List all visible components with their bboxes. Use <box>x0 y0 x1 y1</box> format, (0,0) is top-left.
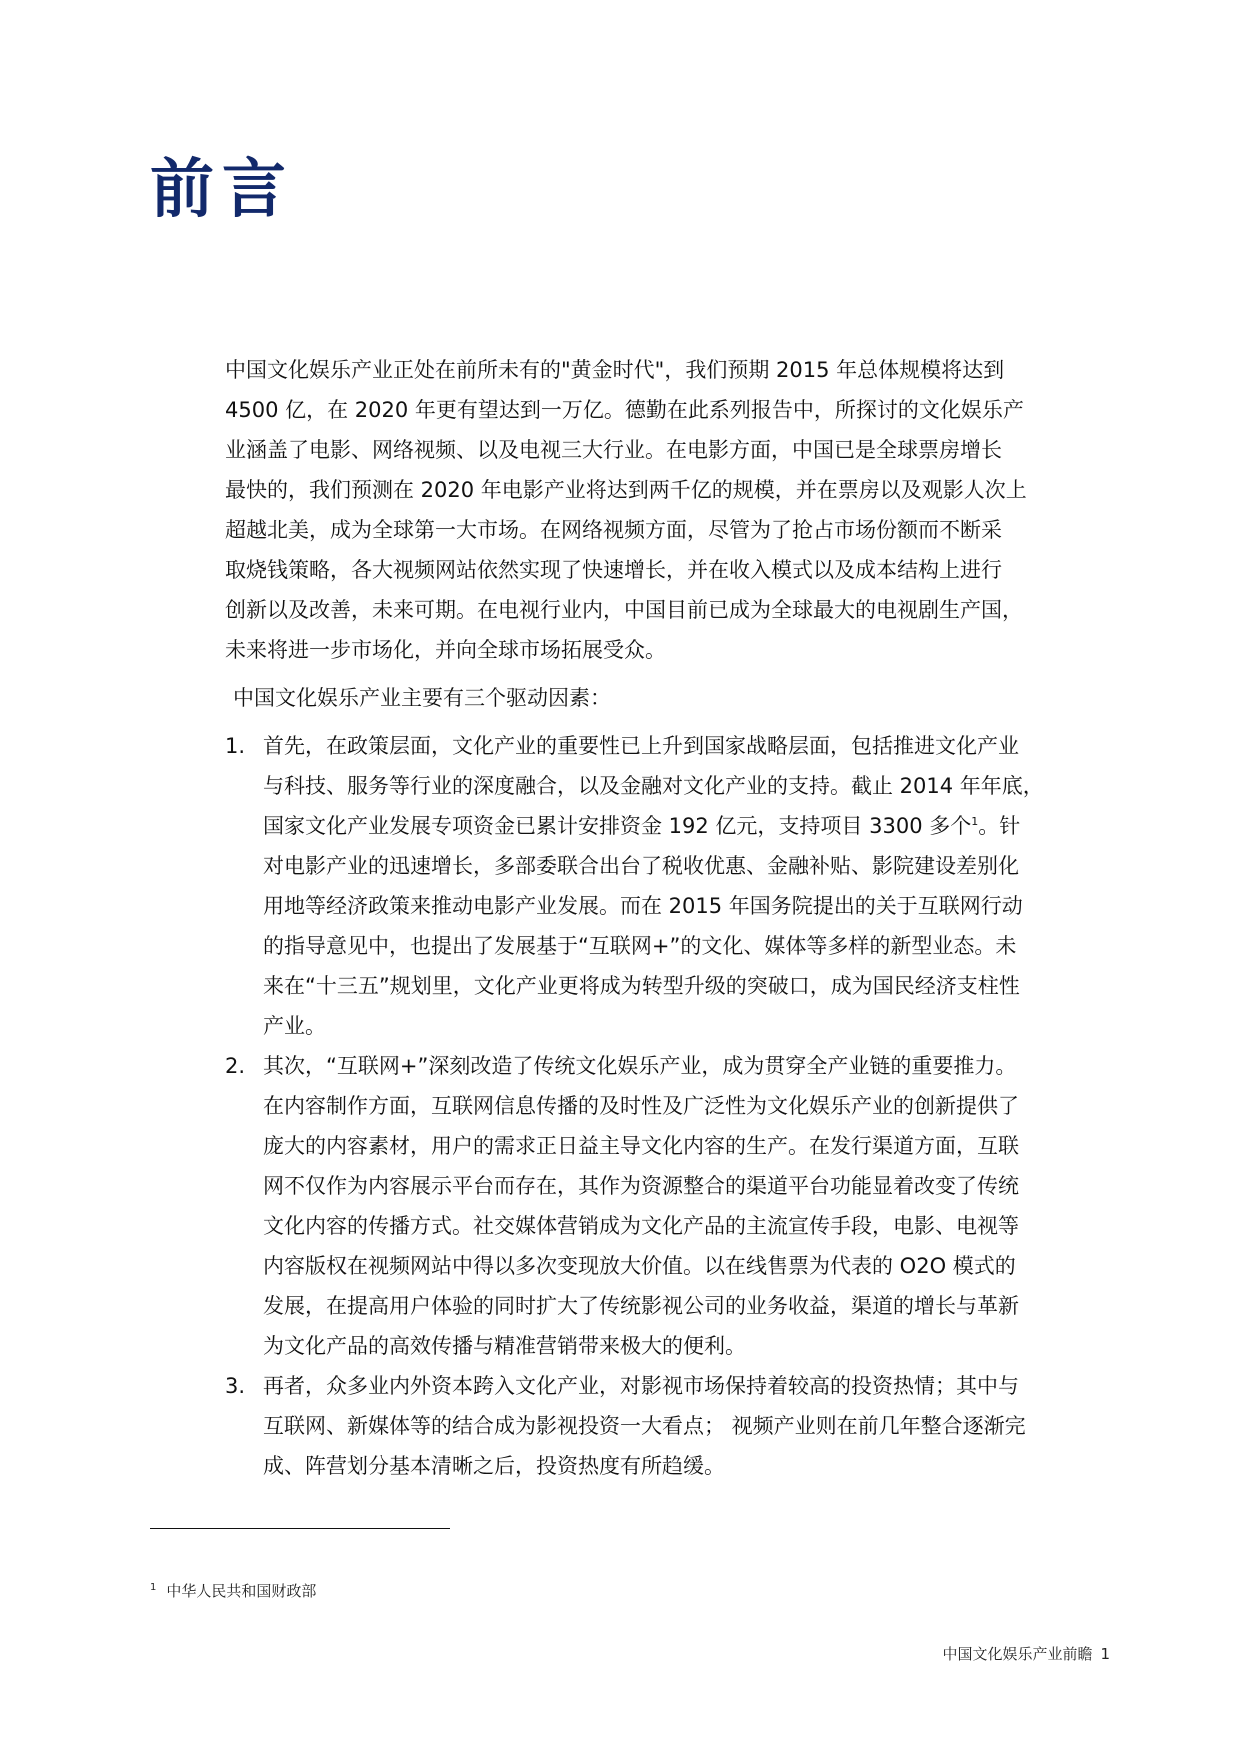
text-line: 未来将进一步市场化，并向全球市场拓展受众。 <box>225 630 1100 670</box>
text-line: 来在“十三五”规划里，文化产业更将成为转型升级的突破口，成为国民经济支柱性 <box>263 966 1100 1006</box>
text-line: 取烧钱策略，各大视频网站依然实现了快速增长，并在收入模式以及成本结构上进行 <box>225 550 1100 590</box>
text-line: 创新以及改善，未来可期。在电视行业内，中国目前已成为全球最大的电视剧生产国， <box>225 590 1100 630</box>
text-line: 为文化产品的高效传播与精准营销带来极大的便利。 <box>263 1326 1100 1366</box>
list-item-policy: 1. 首先，在政策层面，文化产业的重要性已上升到国家战略层面，包括推进文化产业 … <box>225 726 1100 1046</box>
list-item-capital: 3. 再者，众多业内外资本跨入文化产业，对影视市场保持着较高的投资热情；其中与 … <box>225 1366 1100 1486</box>
page-title: 前言 <box>150 158 294 222</box>
footnote-mark: 1 <box>150 1582 156 1593</box>
text-line: 成、阵营划分基本清晰之后，投资热度有所趋缓。 <box>263 1446 1100 1486</box>
text-span: 。针 <box>978 814 1020 838</box>
text-span: 国家文化产业发展专项资金已累计安排资金 192 亿元，支持项目 3300 多个 <box>263 814 971 838</box>
text-line: 最快的，我们预测在 2020 年电影产业将达到两千亿的规模，并在票房以及观影人次… <box>225 470 1100 510</box>
intro-paragraph: 中国文化娱乐产业正处在前所未有的"黄金时代"，我们预期 2015 年总体规模将达… <box>225 350 1100 670</box>
text-line: 文化内容的传播方式。社交媒体营销成为文化产品的主流宣传手段，电影、电视等 <box>263 1206 1100 1246</box>
text-line: 发展，在提高用户体验的同时扩大了传统影视公司的业务收益，渠道的增长与革新 <box>263 1286 1100 1326</box>
list-number: 1. <box>225 726 245 766</box>
text-line: 再者，众多业内外资本跨入文化产业，对影视市场保持着较高的投资热情；其中与 <box>263 1366 1100 1406</box>
text-line: 4500 亿，在 2020 年更有望达到一万亿。德勤在此系列报告中，所探讨的文化… <box>225 390 1100 430</box>
page-number: 1 <box>1100 1645 1110 1663</box>
text-line: 超越北美，成为全球第一大市场。在网络视频方面，尽管为了抢占市场份额而不断采 <box>225 510 1100 550</box>
text-line: 首先，在政策层面，文化产业的重要性已上升到国家战略层面，包括推进文化产业 <box>263 726 1100 766</box>
text-line: 网不仅作为内容展示平台而存在，其作为资源整合的渠道平台功能显着改变了传统 <box>263 1166 1100 1206</box>
text-line: 产业。 <box>263 1006 1100 1046</box>
drivers-lead: 中国文化娱乐产业主要有三个驱动因素： <box>233 678 1100 718</box>
footnote: 1中华人民共和国财政部 <box>150 1578 316 1601</box>
text-line: 在内容制作方面，互联网信息传播的及时性及广泛性为文化娱乐产业的创新提供了 <box>263 1086 1100 1126</box>
text-line: 与科技、服务等行业的深度融合，以及金融对文化产业的支持。截止 2014 年年底， <box>263 766 1100 806</box>
text-line: 互联网、新媒体等的结合成为影视投资一大看点； 视频产业则在前几年整合逐渐完 <box>263 1406 1100 1446</box>
text-line: 中国文化娱乐产业正处在前所未有的"黄金时代"，我们预期 2015 年总体规模将达… <box>225 350 1100 390</box>
body-content: 中国文化娱乐产业正处在前所未有的"黄金时代"，我们预期 2015 年总体规模将达… <box>225 350 1100 1486</box>
text-line: 对电影产业的迅速增长，多部委联合出台了税收优惠、金融补贴、影院建设差别化 <box>263 846 1100 886</box>
text-line: 内容版权在视频网站中得以多次变现放大价值。以在线售票为代表的 O2O 模式的 <box>263 1246 1100 1286</box>
text-line: 用地等经济政策来推动电影产业发展。而在 2015 年国务院提出的关于互联网行动 <box>263 886 1100 926</box>
footnote-divider <box>150 1528 450 1529</box>
page-footer: 中国文化娱乐产业前瞻1 <box>942 1643 1110 1664</box>
text-line: 庞大的内容素材，用户的需求正日益主导文化内容的生产。在发行渠道方面，互联 <box>263 1126 1100 1166</box>
list-number: 3. <box>225 1366 245 1406</box>
text-line: 其次，“互联网+”深刻改造了传统文化娱乐产业，成为贯穿全产业链的重要推力。 <box>263 1046 1100 1086</box>
footer-title: 中国文化娱乐产业前瞻 <box>942 1645 1092 1663</box>
footnote-text: 中华人民共和国财政部 <box>166 1582 316 1600</box>
text-line: 业涵盖了电影、网络视频、以及电视三大行业。在电影方面，中国已是全球票房增长 <box>225 430 1100 470</box>
text-line: 的指导意见中，也提出了发展基于“互联网+”的文化、媒体等多样的新型业态。未 <box>263 926 1100 966</box>
text-line: 国家文化产业发展专项资金已累计安排资金 192 亿元，支持项目 3300 多个1… <box>263 806 1100 846</box>
list-number: 2. <box>225 1046 245 1086</box>
list-item-internet-plus: 2. 其次，“互联网+”深刻改造了传统文化娱乐产业，成为贯穿全产业链的重要推力。… <box>225 1046 1100 1366</box>
